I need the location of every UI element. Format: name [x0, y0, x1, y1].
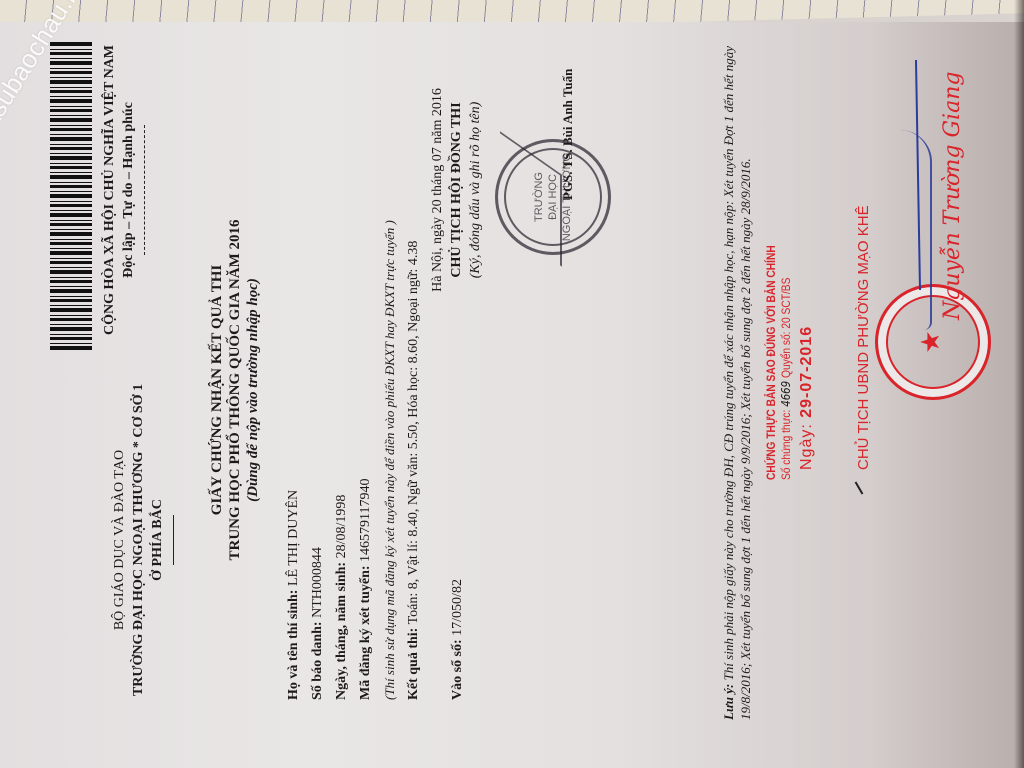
footnote-text: Thí sinh phải nộp giấy này cho trường ĐH… [721, 46, 753, 720]
title-line-1: GIẤY CHỨNG NHẬN KẾT QUẢ THI [208, 140, 226, 640]
authority-title: CHỦ TỊCH UBND PHƯỜNG MẠO KHÊ [855, 205, 872, 470]
school-name: TRƯỜNG ĐẠI HỌC NGOẠI THƯƠNG * CƠ SỞ 1 [129, 360, 148, 720]
cert-book-label: Quyển số: [779, 331, 793, 377]
page-edge-shadow [1014, 0, 1024, 768]
dob-value: 28/08/1998 [334, 495, 349, 559]
certification-title: CHỨNG THỰC BẢN SAO ĐÚNG VỚI BẢN CHÍNH [764, 242, 779, 480]
cert-date-label: Ngày: [798, 423, 815, 470]
results-value: Toán: 8, Vật lí: 8.40, Ngữ văn: 5.50, Hó… [406, 241, 421, 625]
signer-title: CHỦ TỊCH HỘI ĐỒNG THI [447, 40, 466, 340]
certification-stamp: CHỨNG THỰC BẢN SAO ĐÚNG VỚI BẢN CHÍNH Số… [764, 242, 794, 480]
sbd-label: Số báo danh: [310, 621, 325, 700]
field-sbd: Số báo danh: NTH000844 [306, 40, 330, 700]
barcode [50, 40, 92, 350]
school-campus: Ở PHÍA BẮC [148, 360, 167, 720]
certification-date: Ngày: 29-07-2016 [798, 326, 816, 470]
cert-number-label: Số chứng thực: [779, 410, 793, 480]
certification-numbers: Số chứng thực: 4669 Quyển số: 20 SCT/BS [779, 242, 794, 480]
registration-note: (Thí sinh sử dụng mã đăng ký xét tuyển n… [378, 40, 402, 700]
sbd-value: NTH000844 [310, 547, 325, 618]
national-header: CỘNG HÒA XÃ HỘI CHỦ NGHĨA VIỆT NAM Độc l… [100, 20, 145, 360]
document-title: GIẤY CHỨNG NHẬN KẾT QUẢ THI TRUNG HỌC PH… [208, 140, 262, 640]
cert-book-value: 20 [779, 317, 793, 328]
results-label: Kết quả thi: [406, 628, 421, 700]
footnote: Lưu ý: Thí sinh phải nộp giấy này cho tr… [720, 20, 754, 720]
field-results: Kết quả thi: Toán: 8, Vật lí: 8.40, Ngữ … [402, 40, 426, 700]
certificate-page: BỘ GIÁO DỤC VÀ ĐÀO TẠO TRƯỜNG ĐẠI HỌC NG… [20, 0, 980, 760]
national-motto: Độc lập – Tự do – Hạnh phúc [119, 20, 138, 360]
ministry-name: BỘ GIÁO DỤC VÀ ĐÀO TẠO [110, 360, 129, 720]
cert-date-value: 29-07-2016 [798, 326, 815, 418]
signer-name: PGS. TS. Bùi Anh Tuấn [560, 69, 576, 200]
registration-label: Mã đăng ký xét tuyển: [358, 565, 373, 700]
ward-seal: ★ [875, 284, 991, 400]
field-name: Họ và tên thí sinh: LÊ THỊ DUYÊN [282, 40, 306, 700]
signer-instruction: (Ký, đóng dấu và ghi rõ họ tên) [466, 40, 485, 340]
council-signature-block: Hà Nội, ngày 20 tháng 07 năm 2016 CHỦ TỊ… [428, 40, 485, 340]
divider [144, 125, 145, 255]
footnote-label: Lưu ý: [721, 684, 736, 720]
log-entry: Vào sổ số: 17/050/82 [450, 579, 466, 700]
log-value: 17/050/82 [450, 579, 465, 636]
field-dob: Ngày, tháng, năm sinh: 28/08/1998 [330, 40, 354, 700]
field-registration: Mã đăng ký xét tuyển: 146579117940 [354, 40, 378, 700]
divider [173, 515, 174, 565]
name-label: Họ và tên thí sinh: [286, 590, 301, 700]
log-label: Vào sổ số: [450, 639, 465, 700]
nation-name: CỘNG HÒA XÃ HỘI CHỦ NGHĨA VIỆT NAM [100, 20, 119, 360]
candidate-fields: Họ và tên thí sinh: LÊ THỊ DUYÊN Số báo … [282, 40, 426, 700]
certifier-name: Nguyễn Trường Giang [940, 72, 965, 320]
cert-book-suffix: SCT/BS [779, 278, 793, 315]
pen-tick-mark [855, 481, 864, 494]
cert-number-value: 4669 [779, 381, 793, 407]
name-value: LÊ THỊ DUYÊN [286, 490, 301, 586]
dob-label: Ngày, tháng, năm sinh: [334, 562, 349, 700]
title-subtitle: (Dùng để nộp vào trường nhập học) [244, 140, 262, 640]
registration-value: 146579117940 [358, 478, 373, 561]
place-date: Hà Nội, ngày 20 tháng 07 năm 2016 [428, 40, 447, 340]
title-line-2: TRUNG HỌC PHỔ THÔNG QUỐC GIA NĂM 2016 [226, 140, 244, 640]
issuer-header: BỘ GIÁO DỤC VÀ ĐÀO TẠO TRƯỜNG ĐẠI HỌC NG… [110, 360, 174, 720]
